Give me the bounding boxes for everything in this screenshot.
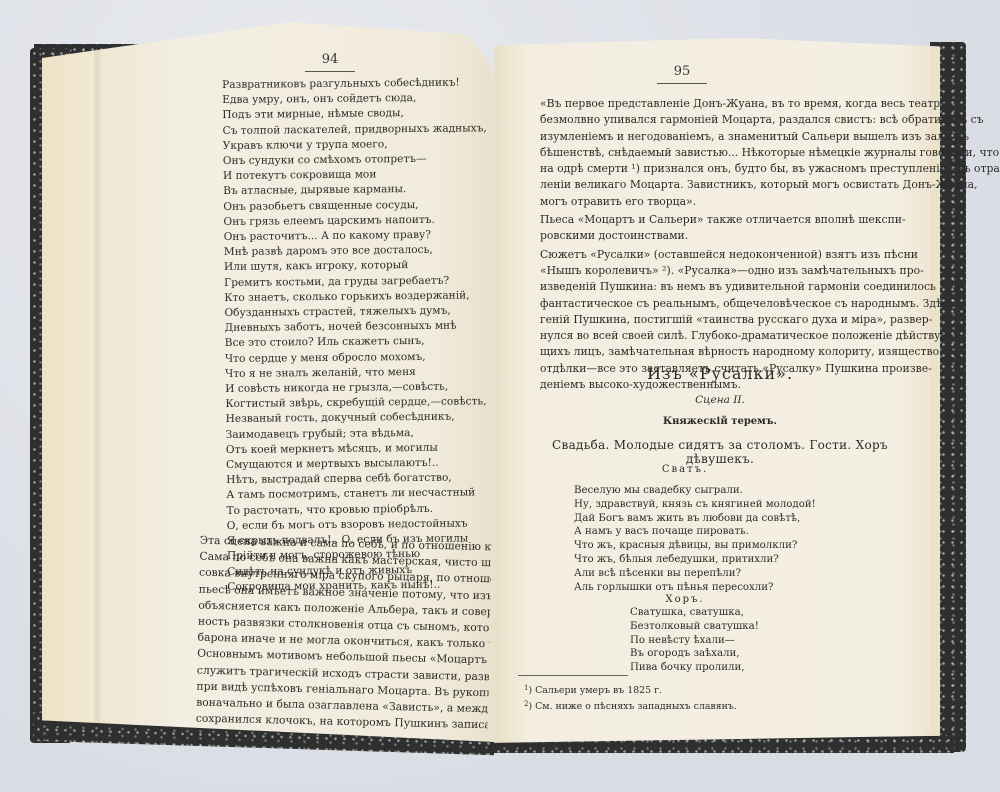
verse-line: А тамъ посмотримъ, станетъ ли несчастный [226, 486, 486, 504]
speaker-svat: Сватъ. [640, 464, 730, 475]
paragraph-scene-importance: Эта сцена важна и сама по себѣ, и по отн… [169, 532, 491, 653]
text-line: изведеній Пушкина: въ немъ въ удивительн… [520, 279, 920, 295]
footnote-rule [518, 675, 628, 676]
verse-line: Сватушка, сватушка, [630, 606, 759, 620]
verse-line: А намъ у васъ почаще пировать. [574, 525, 816, 539]
text-line: щихъ лицъ, замѣчательная вѣрность народн… [520, 344, 920, 360]
footnotes: 1) Сальери умеръ въ 1825 г.2) См. ниже о… [524, 682, 737, 713]
text-line: изумленіемъ и негодованіемъ, а знамениты… [520, 129, 920, 145]
verse-line: Незваный гость, докучный собесѣдникъ, [226, 410, 486, 428]
text-line: геній Пушкина, постигшій «таинства русск… [520, 312, 920, 328]
verse-line: Безтолковый сватушка! [630, 620, 759, 634]
scene-label: Сцена II. [520, 394, 920, 406]
paragraph-mozart-salieri: Пьеса «Моцартъ и Сальери» также отличает… [520, 212, 920, 245]
footnote-text: ) См. ниже о пѣсняхъ западныхъ славянъ. [528, 701, 736, 712]
text-line: могъ отравить его творца». [520, 194, 920, 210]
stage-direction: Свадьба. Молодые сидятъ за столомъ. Гост… [520, 438, 920, 466]
right-prose-block: «Въ первое представленіе Донъ-Жуана, въ … [520, 96, 920, 395]
paragraph-mozart-salieri-motive: Основнымъ мотивомъ небольшой пьесы «Моца… [168, 645, 490, 733]
khor-verse: Сватушка, сватушка,Безтолковый сватушка!… [630, 606, 759, 675]
verse-line: Съ толпой ласкателей, придворныхъ жадных… [222, 121, 482, 139]
footnote: 2) См. ниже о пѣсняхъ западныхъ славянъ. [524, 698, 737, 714]
text-line: безмолвно упивался гармоніей Моцарта, ра… [520, 112, 920, 128]
verse-line: Дай Богъ вамъ жить въ любови да совѣтѣ, [574, 512, 816, 526]
verse-line: Развратниковъ разгульныхъ собесѣдникъ! [222, 75, 482, 93]
verse-line: Аль горлышки отъ пѣнья пересохли? [574, 581, 816, 595]
text-line: Сюжетъ «Русалки» (оставшейся недоконченн… [520, 247, 920, 263]
footnote-text: ) Сальери умеръ въ 1825 г. [528, 685, 662, 696]
text-line: «Нышъ королевичъ» ²). «Русалка»—одно изъ… [520, 263, 920, 279]
paragraph-quote-don-juan: «Въ первое представленіе Донъ-Жуана, въ … [520, 96, 920, 210]
verse-line: По невѣсту ѣхали— [630, 634, 759, 648]
text-line: на одрѣ смерти ¹) признался онъ, будто б… [520, 161, 920, 177]
text-line: Пьеса «Моцартъ и Сальери» также отличает… [520, 212, 920, 228]
verse-line: Что жъ, красныя дѣвицы, вы примолкли? [574, 539, 816, 553]
scene-setting: Княжескій теремъ. [520, 416, 920, 427]
text-line: ровскими достоинствами. [520, 228, 920, 244]
text-line: нулся во всей своей силѣ. Глубоко-драмат… [520, 328, 920, 344]
page-number-rule [657, 83, 707, 84]
right-page-number: 95 [652, 64, 712, 84]
verse-line: Пива бочку пролили, [630, 661, 759, 675]
verse-line: Въ огородъ заѣхали, [630, 647, 759, 661]
page-number-rule [305, 71, 355, 72]
verse-line: Али всѣ пѣсенки вы перепѣли? [574, 567, 816, 581]
verse-line: Ну, здравствуй, князь съ княгиней молодо… [574, 498, 816, 512]
left-verse-block: Развратниковъ разгульныхъ собесѣдникъ!Ед… [222, 75, 487, 595]
verse-line: Что жъ, бѣлыя лебедушки, притихли? [574, 553, 816, 567]
footnote: 1) Сальери умеръ въ 1825 г. [524, 682, 737, 698]
left-page-number: 94 [300, 52, 360, 72]
speaker-khor: Хоръ. [640, 594, 730, 605]
text-line: бѣшенствѣ, снѣдаемый завистью... Нѣкотор… [520, 145, 920, 161]
text-line: леніи великаго Моцарта. Завистникъ, кото… [520, 177, 920, 193]
text-line: фантастическое съ реальнымъ, общечеловѣч… [520, 296, 920, 312]
excerpt-title: Изъ «Русалки». [520, 364, 920, 383]
text-line: «Въ первое представленіе Донъ-Жуана, въ … [520, 96, 920, 112]
verse-line: Веселую мы свадебку сыграли. [574, 484, 816, 498]
left-prose-block: Эта сцена важна и сама по себѣ, и по отн… [168, 532, 492, 734]
svat-verse: Веселую мы свадебку сыграли.Ну, здравств… [574, 484, 816, 594]
